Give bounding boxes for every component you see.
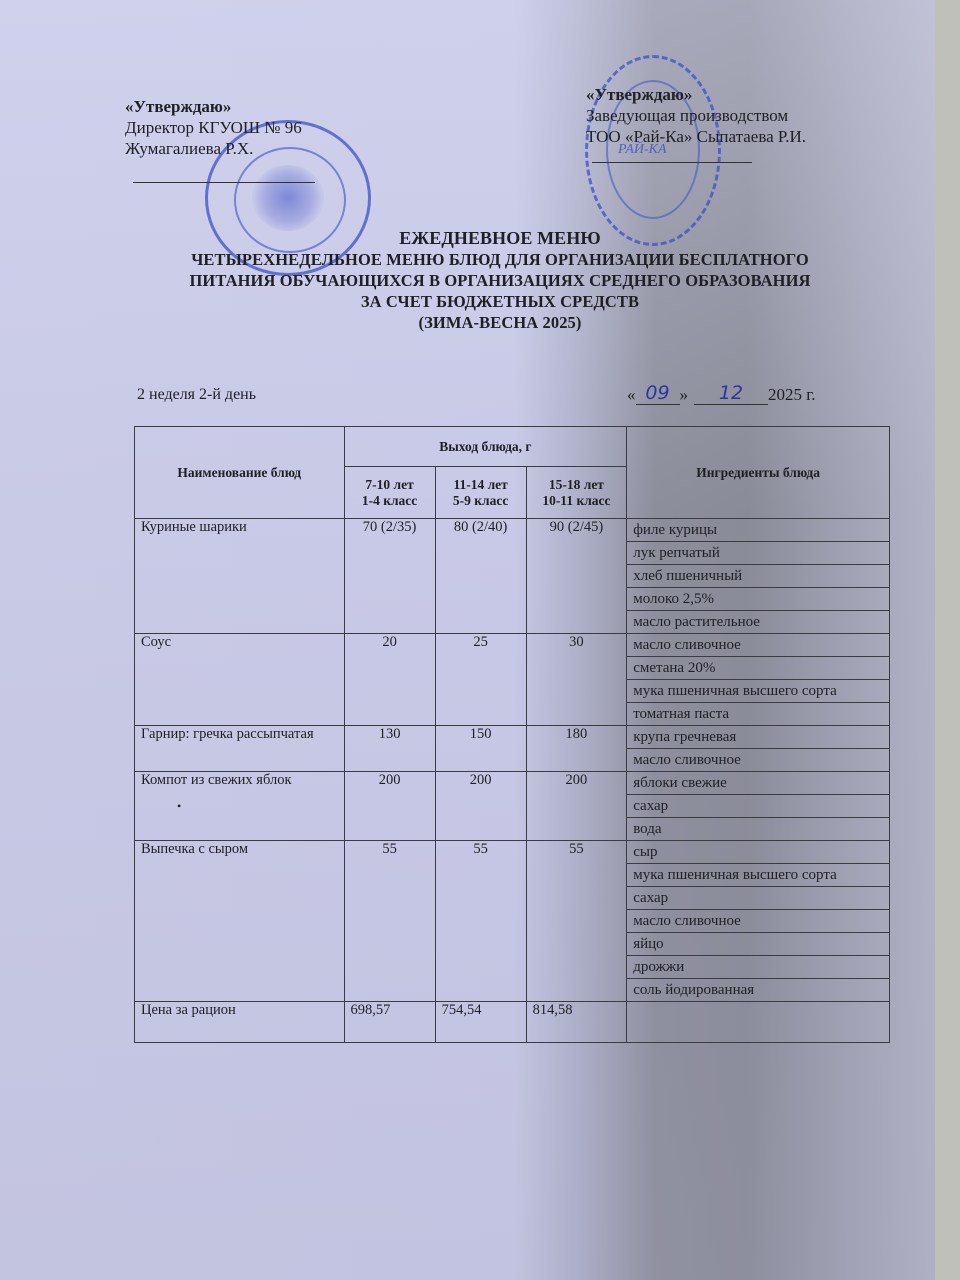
dish-yield: 55 (526, 841, 627, 1002)
ingredient-item: мука пшеничная высшего сорта (627, 680, 890, 703)
menu-date: « 09 » 12 2025 г. (627, 382, 816, 405)
table-row: Компот из свежих яблок•200200200яблоки с… (135, 772, 890, 795)
document-title: ЕЖЕДНЕВНОЕ МЕНЮ ЧЕТЫРЕХНЕДЕЛЬНОЕ МЕНЮ БЛ… (130, 228, 870, 333)
approval-production-manager: «Утверждаю» Заведующая производством ТОО… (586, 84, 806, 147)
approval-signatory: ТОО «Рай-Ка» Сыпатаева Р.И. (586, 126, 806, 147)
date-month: 12 (694, 382, 768, 405)
dish-yield: 180 (526, 726, 627, 772)
ingredient-item: сыр (627, 841, 890, 864)
dish-name: Куриные шарики (135, 519, 345, 634)
ingredient-item: лук репчатый (627, 542, 890, 565)
ingredient-item: вода (627, 818, 890, 841)
ingredient-item: сметана 20% (627, 657, 890, 680)
ingredient-item: мука пшеничная высшего сорта (627, 864, 890, 887)
dish-yield: 150 (435, 726, 526, 772)
title-line: ЗА СЧЕТ БЮДЖЕТНЫХ СРЕДСТВ (130, 291, 870, 312)
ingredient-item: крупа гречневая (627, 726, 890, 749)
dish-name: Компот из свежих яблок• (135, 772, 345, 841)
header-age-7-10: 7-10 лет1-4 класс (344, 467, 435, 519)
dish-yield: 55 (435, 841, 526, 1002)
header-dish-name: Наименование блюд (135, 427, 345, 519)
ingredient-item: сахар (627, 887, 890, 910)
dish-yield: 130 (344, 726, 435, 772)
dish-yield: 90 (2/45) (526, 519, 627, 634)
dish-name: Выпечка с сыром (135, 841, 345, 1002)
dish-yield: 30 (526, 634, 627, 726)
dish-yield: 200 (435, 772, 526, 841)
approval-director: «Утверждаю» Директор КГУОШ № 96 Жумагали… (125, 96, 302, 159)
price-value: 698,57 (344, 1002, 435, 1043)
ingredient-item: томатная паста (627, 703, 890, 726)
title-line: ЧЕТЫРЕХНЕДЕЛЬНОЕ МЕНЮ БЛЮД ДЛЯ ОРГАНИЗАЦ… (130, 249, 870, 270)
ingredient-item: молоко 2,5% (627, 588, 890, 611)
dish-name: Соус (135, 634, 345, 726)
dish-yield: 70 (2/35) (344, 519, 435, 634)
title-main: ЕЖЕДНЕВНОЕ МЕНЮ (130, 228, 870, 249)
ingredient-item: масло сливочное (627, 634, 890, 657)
ingredient-item: масло сливочное (627, 749, 890, 772)
header-age-11-14: 11-14 лет5-9 класс (435, 467, 526, 519)
title-line: ПИТАНИЯ ОБУЧАЮЩИХСЯ В ОРГАНИЗАЦИЯХ СРЕДН… (130, 270, 870, 291)
dish-yield: 25 (435, 634, 526, 726)
price-row: Цена за рацион698,57754,54814,58 (135, 1002, 890, 1043)
price-empty-cell (627, 1002, 890, 1043)
table-row: Выпечка с сыром555555сыр (135, 841, 890, 864)
ingredient-item: яблоки свежие (627, 772, 890, 795)
date-year: 2025 г. (768, 385, 816, 405)
price-value: 754,54 (435, 1002, 526, 1043)
table-row: Куриные шарики70 (2/35)80 (2/40)90 (2/45… (135, 519, 890, 542)
header-age-15-18: 15-18 лет10-11 класс (526, 467, 627, 519)
dish-yield: 20 (344, 634, 435, 726)
date-day: 09 (636, 382, 680, 405)
dish-yield: 200 (344, 772, 435, 841)
ingredient-item: филе курицы (627, 519, 890, 542)
dish-yield: 80 (2/40) (435, 519, 526, 634)
table-row: Соус202530масло сливочное (135, 634, 890, 657)
dish-name: Гарнир: гречка рассыпчатая (135, 726, 345, 772)
price-value: 814,58 (526, 1002, 627, 1043)
approval-signatory: Жумагалиева Р.Х. (125, 138, 302, 159)
title-season: (ЗИМА-ВЕСНА 2025) (130, 312, 870, 333)
background-wall (935, 0, 960, 1280)
ingredient-item: хлеб пшеничный (627, 565, 890, 588)
menu-table: Наименование блюд Выход блюда, г Ингреди… (134, 426, 890, 1043)
signature-line-right (592, 162, 752, 163)
header-ingredients: Ингредиенты блюда (627, 427, 890, 519)
ingredient-item: масло растительное (627, 611, 890, 634)
approval-heading: «Утверждаю» (586, 84, 806, 105)
approval-heading: «Утверждаю» (125, 96, 302, 117)
dish-yield: 55 (344, 841, 435, 1002)
ingredient-item: яйцо (627, 933, 890, 956)
header-yield: Выход блюда, г (344, 427, 627, 467)
approval-position: Заведующая производством (586, 105, 806, 126)
ingredient-item: масло сливочное (627, 910, 890, 933)
table-row: Гарнир: гречка рассыпчатая130150180крупа… (135, 726, 890, 749)
price-label: Цена за рацион (135, 1002, 345, 1043)
week-day-label: 2 неделя 2-й день (137, 386, 256, 404)
ingredient-item: сахар (627, 795, 890, 818)
dish-yield: 200 (526, 772, 627, 841)
ingredient-item: соль йодированная (627, 979, 890, 1002)
approval-position: Директор КГУОШ № 96 (125, 117, 302, 138)
signature-line-left (133, 182, 315, 183)
state-emblem-icon (252, 165, 324, 231)
ingredient-item: дрожжи (627, 956, 890, 979)
